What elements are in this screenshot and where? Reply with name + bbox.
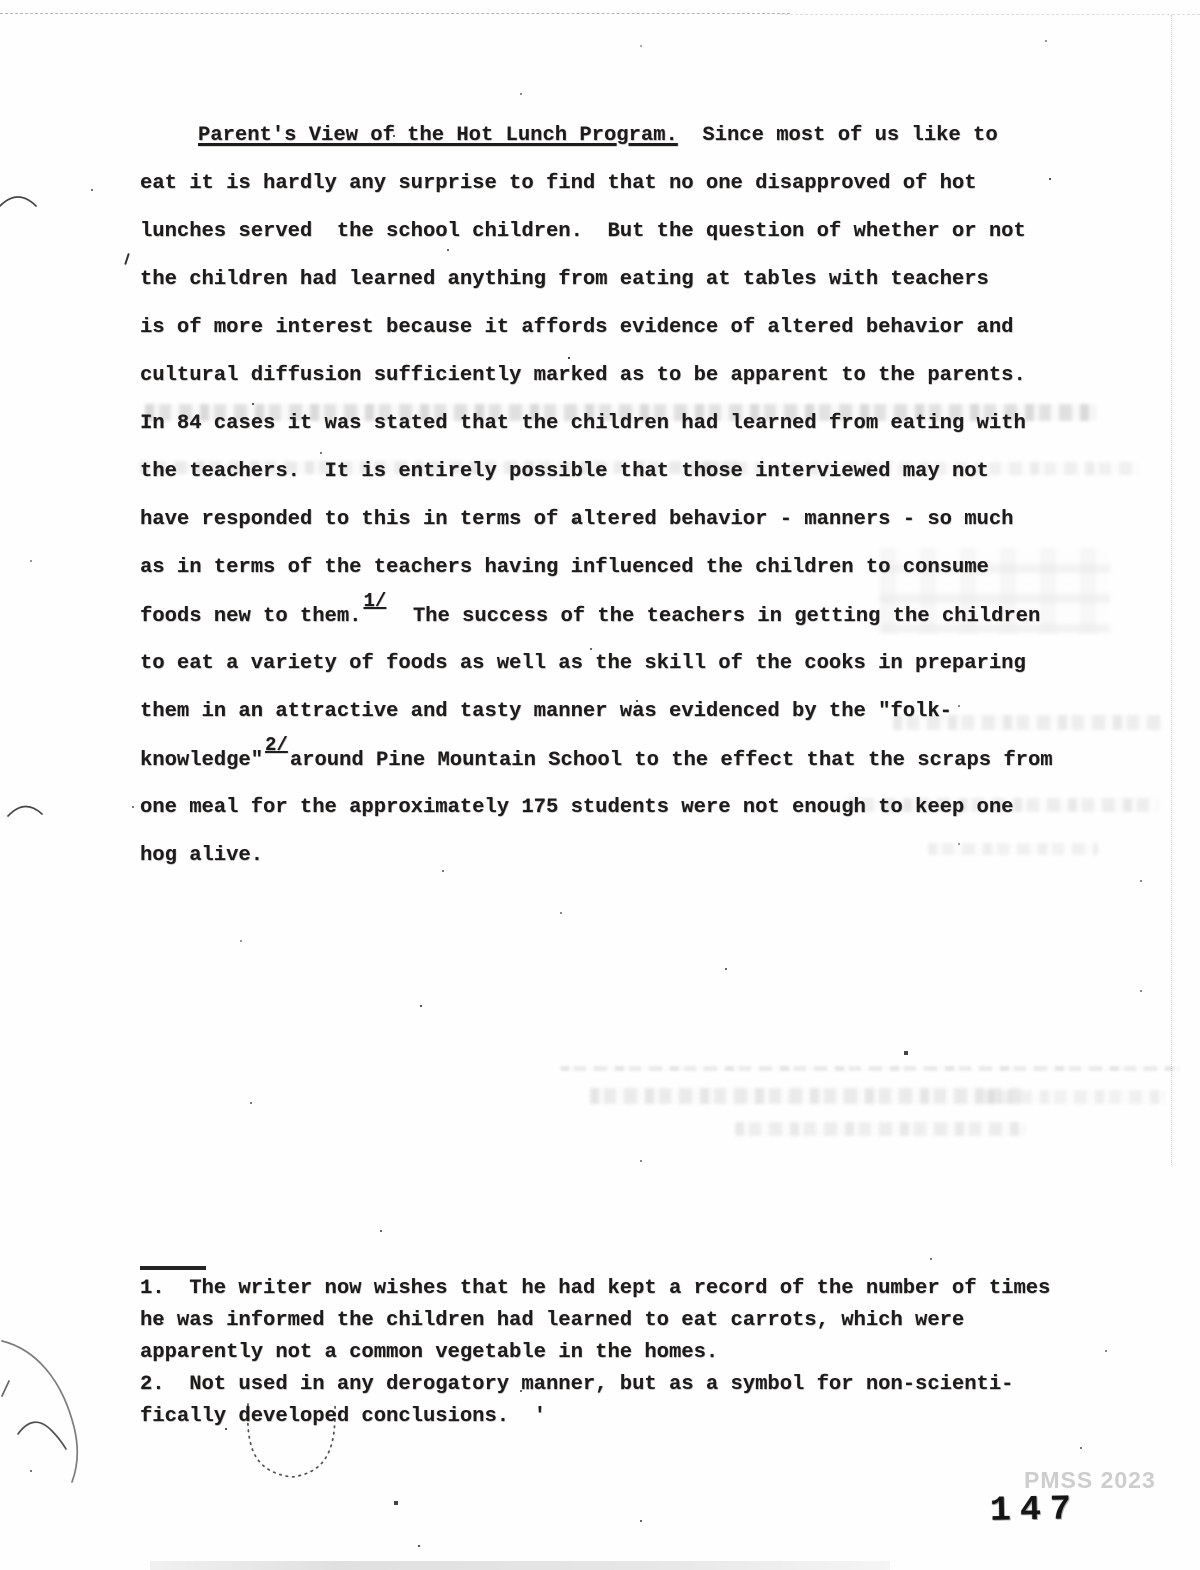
text-segment: the teachers. It is entirely possible th… (140, 460, 989, 483)
text-line: cultural diffusion sufficiently marked a… (140, 352, 1053, 400)
text-segment: one meal for the approximately 175 stude… (140, 796, 1013, 819)
text-segment: knowledge" (140, 749, 263, 772)
text-segment: Since most of us like to (678, 124, 998, 147)
footnote-line: he was informed the children had learned… (140, 1305, 1050, 1337)
page-number-stamp: 147 (990, 1489, 1081, 1531)
text-line: eat it is hardly any surprise to find th… (140, 160, 1053, 208)
text-line: Parent's View of the Hot Lunch Program. … (140, 112, 1053, 160)
text-line: as in terms of the teachers having influ… (140, 544, 1053, 592)
text-segment: The success of the teachers in getting t… (388, 605, 1040, 628)
text-line: hog alive. (140, 832, 1053, 880)
text-segment: them in an attractive and tasty manner w… (140, 700, 952, 723)
text-segment: is of more interest because it affords e… (140, 316, 1013, 339)
footnote-reference: 1/ (363, 577, 386, 625)
section-heading: Parent's View of the Hot Lunch Program. (198, 124, 678, 147)
scanned-document-page: Parent's View of the Hot Lunch Program. … (0, 0, 1200, 1570)
footnote-separator-rule (140, 1266, 206, 1270)
footnote-reference: 2/ (265, 721, 288, 769)
footnote-line: 2. Not used in any derogatory manner, bu… (140, 1369, 1050, 1401)
footnotes: 1. The writer now wishes that he had kep… (140, 1273, 1050, 1433)
text-segment: the children had learned anything from e… (140, 268, 989, 291)
text-segment: around Pine Mountain School to the effec… (290, 749, 1053, 772)
footnote-line: 1. The writer now wishes that he had kep… (140, 1273, 1050, 1305)
document-body: Parent's View of the Hot Lunch Program. … (140, 112, 1053, 880)
footnote-line: fically developed conclusions. ' (140, 1401, 1050, 1433)
text-line: knowledge"2/around Pine Mountain School … (140, 736, 1053, 784)
bleed-through-text (590, 1088, 1020, 1104)
text-segment: foods new to them. (140, 605, 361, 628)
text-segment: eat it is hardly any surprise to find th… (140, 172, 977, 195)
text-segment: have responded to this in terms of alter… (140, 508, 1013, 531)
text-line: In 84 cases it was stated that the child… (140, 400, 1053, 448)
text-segment: lunches served the school children. But … (140, 220, 1026, 243)
text-line: the teachers. It is entirely possible th… (140, 448, 1053, 496)
text-segment: hog alive. (140, 844, 263, 867)
text-line: have responded to this in terms of alter… (140, 496, 1053, 544)
text-segment: as in terms of the teachers having influ… (140, 556, 989, 579)
bleed-through-text (735, 1122, 1025, 1136)
text-segment: cultural diffusion sufficiently marked a… (140, 364, 1026, 387)
text-line: to eat a variety of foods as well as the… (140, 640, 1053, 688)
text-line: the children had learned anything from e… (140, 256, 1053, 304)
text-line: one meal for the approximately 175 stude… (140, 784, 1053, 832)
text-line: lunches served the school children. But … (140, 208, 1053, 256)
bleed-through-line (560, 1066, 1180, 1071)
footnote-line: apparently not a common vegetable in the… (140, 1337, 1050, 1369)
text-segment: to eat a variety of foods as well as the… (140, 652, 1026, 675)
text-segment: In 84 cases it was stated that the child… (140, 412, 1026, 435)
text-line: foods new to them.1/ The success of the … (140, 592, 1053, 640)
bleed-through-text (985, 1090, 1165, 1104)
text-line: is of more interest because it affords e… (140, 304, 1053, 352)
